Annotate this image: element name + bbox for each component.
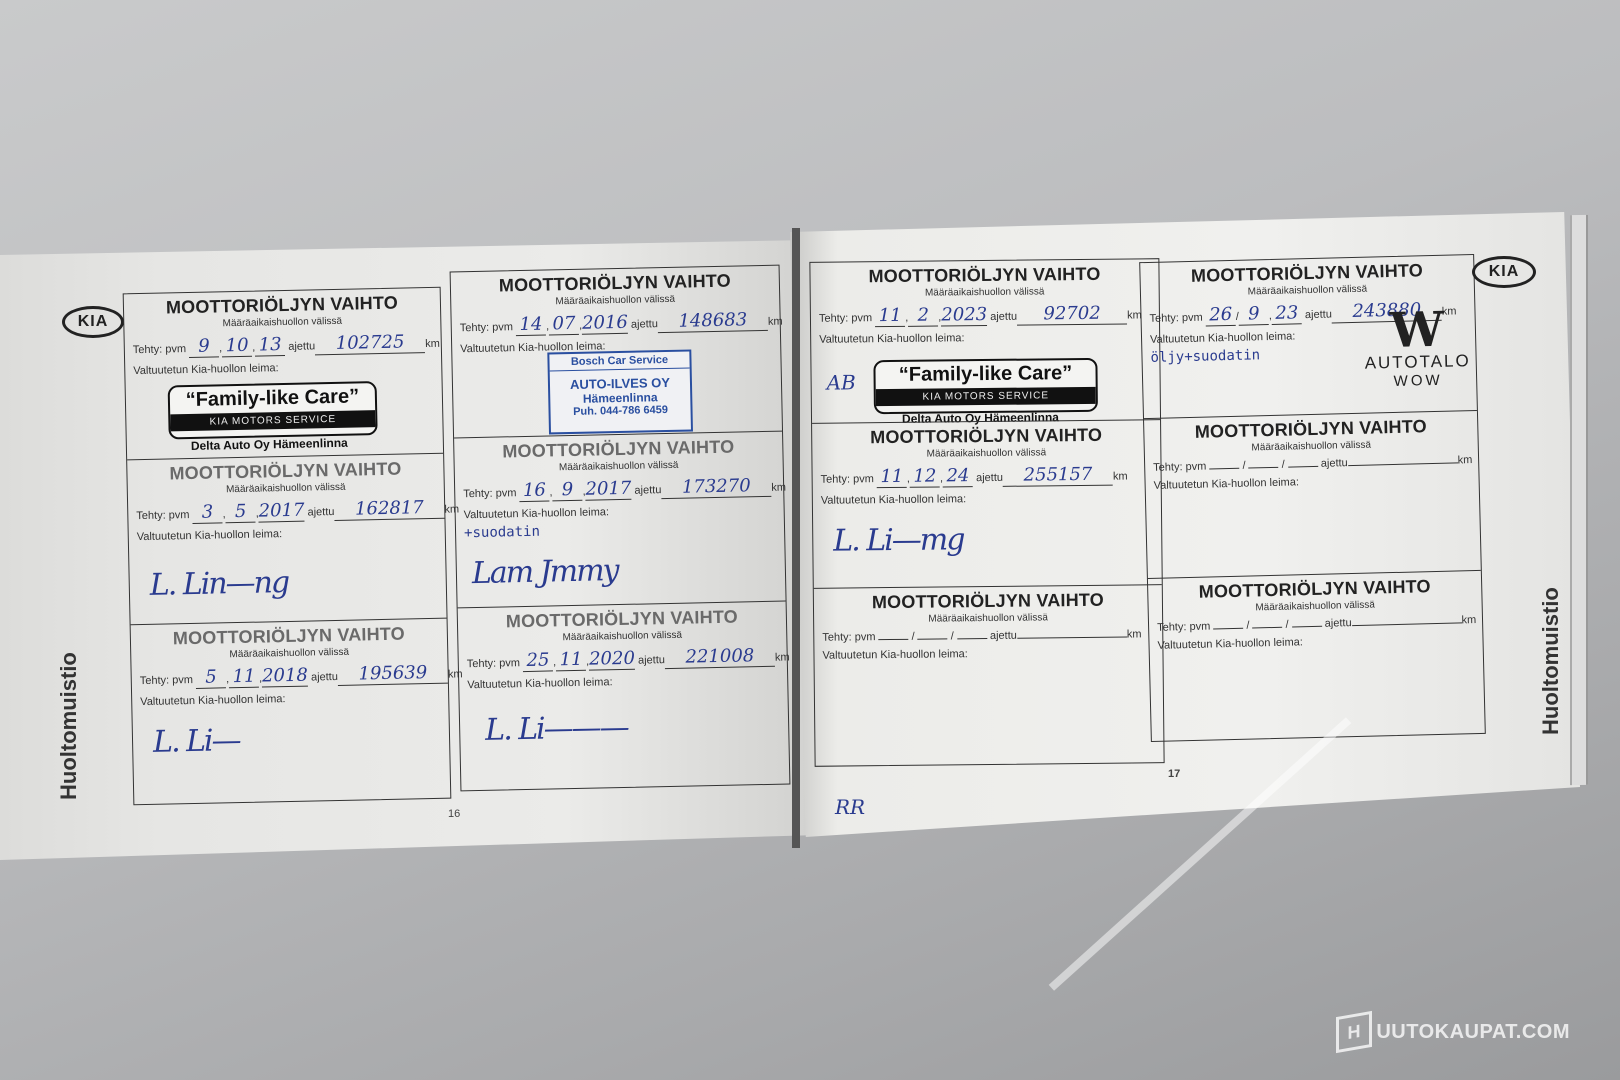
date-month-field[interactable] [1249,467,1279,469]
form-column-left-a: MOOTTORIÖLJYN VAIHTO Määräaikaishuollon … [123,287,452,806]
kia-logo-left: KIA [62,306,124,338]
form-entry: MOOTTORIÖLJYN VAIHTO Määräaikaishuollon … [458,601,790,793]
form-entry: MOOTTORIÖLJYN VAIHTO Määräaikaishuollon … [810,259,1160,423]
handwritten-note: +suodatin [464,519,776,542]
watermark: H UUTOKAUPAT.COM [1336,1014,1570,1050]
service-booklet-photo: KIA Huoltomuistio 16 MOOTTORIÖLJYN VAIHT… [0,0,1620,1080]
page-edges [1570,215,1588,785]
mileage-field[interactable] [1017,637,1127,639]
mileage-field[interactable] [1352,622,1462,626]
form-entry-empty: MOOTTORIÖLJYN VAIHTO Määräaikaishuollon … [1144,410,1481,578]
form-entry-empty: MOOTTORIÖLJYN VAIHTO Määräaikaishuollon … [1148,570,1485,743]
form-column-right-b: MOOTTORIÖLJYN VAIHTO Määräaikaishuollon … [1139,254,1486,742]
date-year-field[interactable] [957,638,987,639]
date-month-field[interactable] [918,638,948,639]
form-column-left-b: MOOTTORIÖLJYN VAIHTO Määräaikaishuollon … [450,265,791,792]
kia-logo-right: KIA [1472,256,1536,288]
cube-logo-icon: H [1336,1011,1372,1053]
signature: Lam Jmmy [472,553,618,591]
form-entry: MOOTTORIÖLJYN VAIHTO Määräaikaishuollon … [124,288,443,460]
date-mileage-row: Tehty: pvm 9,10,13 ajettu102725km [133,331,433,359]
signature: L. Li—mg [833,522,964,558]
date-day-field[interactable] [1209,468,1239,470]
booklet-spine [792,228,800,848]
date-year-field[interactable] [1288,466,1318,468]
dealer-name: Delta Auto Oy Hämeenlinna [191,436,348,453]
bosch-stamp: Bosch Car Service AUTO-ILVES OY Hämeenli… [547,349,693,434]
watermark-text: UUTOKAUPAT.COM [1376,1021,1570,1044]
date-year-field[interactable] [1292,626,1322,628]
signature: L. Li——— [485,710,628,748]
form-entry: MOOTTORIÖLJYN VAIHTO Määräaikaishuollon … [127,453,446,625]
signature: L. Li— [153,723,240,760]
side-label-right: Huoltomuistio [1538,587,1564,735]
form-entry-empty: MOOTTORIÖLJYN VAIHTO Määräaikaishuollon … [814,584,1164,768]
mileage-field[interactable] [1348,462,1458,466]
margin-initials: RR [835,795,865,819]
form-entry: MOOTTORIÖLJYN VAIHTO Määräaikaishuollon … [812,419,1162,588]
page-number-right: 17 [1168,768,1180,780]
autotalo-wow-stamp: W AUTOTALO WOW [1351,307,1483,391]
family-care-stamp: “Family-like Care” KIA MOTORS SERVICE [168,381,378,439]
form-column-right-a: MOOTTORIÖLJYN VAIHTO Määräaikaishuollon … [809,258,1164,767]
form-entry: MOOTTORIÖLJYN VAIHTO Määräaikaishuollon … [451,266,782,438]
form-entry: MOOTTORIÖLJYN VAIHTO Määräaikaishuollon … [131,618,451,805]
form-entry: MOOTTORIÖLJYN VAIHTO Määräaikaishuollon … [454,431,785,608]
date-day-field[interactable] [1213,628,1243,630]
signature: L. Lin—ng [149,565,288,603]
side-label-left: Huoltomuistio [56,652,82,800]
family-care-stamp: “Family-like Care” KIA MOTORS SERVICE [873,358,1098,414]
handwritten-initials: AB [827,370,856,394]
date-day-field[interactable] [879,639,909,640]
page-number-left: 16 [448,808,460,820]
stamp-label: Valtuutetun Kia-huollon leima: [133,359,433,377]
form-entry: MOOTTORIÖLJYN VAIHTO Määräaikaishuollon … [1140,255,1477,418]
date-month-field[interactable] [1253,627,1283,629]
